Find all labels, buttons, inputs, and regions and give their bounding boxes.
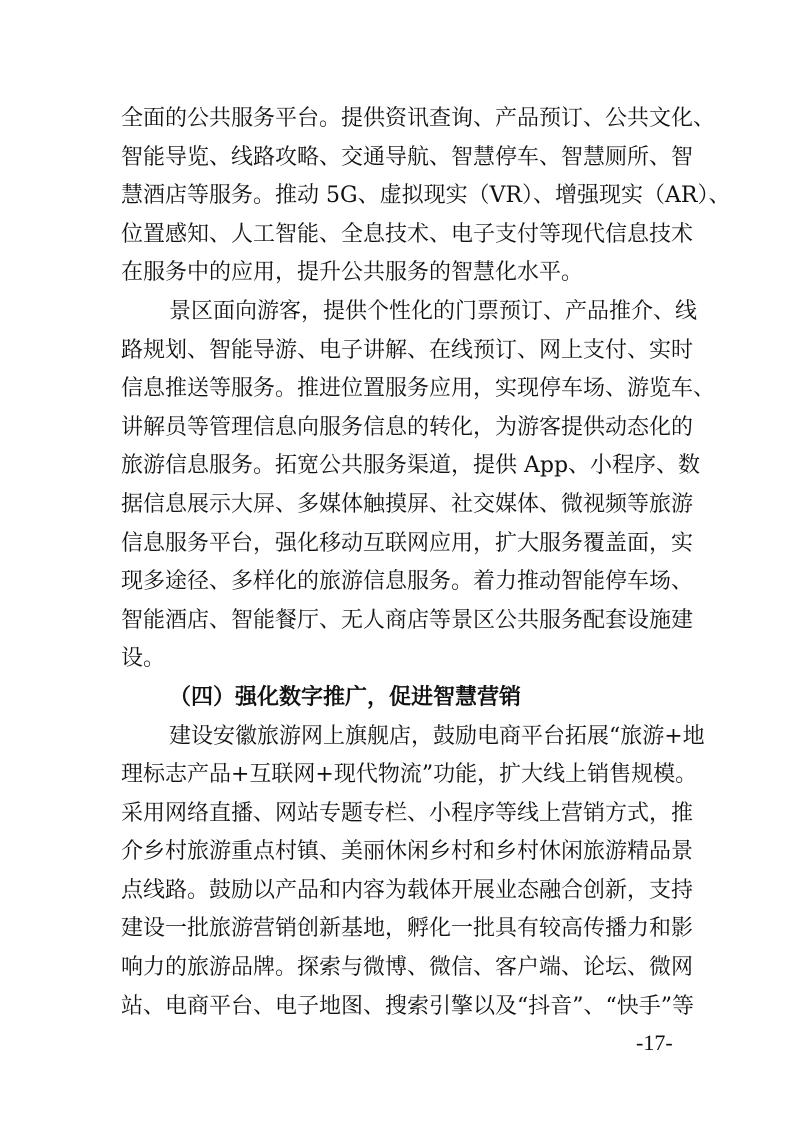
text-line: 点线路。鼓励以产品和内容为载体开展业态融合创新，支持 <box>121 872 673 911</box>
paragraph-digital-marketing: 建设安徽旅游网上旗舰店，鼓励电商平台拓展“旅游+地 理标志产品+互联网+现代物流… <box>121 718 673 1027</box>
section-heading: （四）强化数字推广，促进智慧营销 <box>121 679 673 718</box>
text-line: 理标志产品+互联网+现代物流”功能，扩大线上销售规模。 <box>121 756 673 795</box>
text-line: 响力的旅游品牌。探索与微博、微信、客户端、论坛、微网 <box>121 949 673 988</box>
text-line: 全面的公共服务平台。提供资讯查询、产品预订、公共文化、 <box>121 100 673 139</box>
text-line: 建设安徽旅游网上旗舰店，鼓励电商平台拓展“旅游+地 <box>121 718 673 757</box>
text-line: 景区面向游客，提供个性化的门票预订、产品推介、线 <box>121 293 673 332</box>
text-line: 设。 <box>121 640 673 679</box>
text-line: 据信息展示大屏、多媒体触摸屏、社交媒体、微视频等旅游 <box>121 486 673 525</box>
text-line: 站、电商平台、电子地图、搜索引擎以及“抖音”、“快手”等 <box>121 988 673 1027</box>
page-number: -17- <box>636 1030 673 1056</box>
document-page: 全面的公共服务平台。提供资讯查询、产品预订、公共文化、 智能导览、线路攻略、交通… <box>0 0 793 1122</box>
text-line: 在服务中的应用，提升公共服务的智慧化水平。 <box>121 254 673 293</box>
text-line: 建设一批旅游营销创新基地，孵化一批具有较高传播力和影 <box>121 910 673 949</box>
text-line: 信息服务平台，强化移动互联网应用，扩大服务覆盖面，实 <box>121 525 673 564</box>
text-line: 位置感知、人工智能、全息技术、电子支付等现代信息技术 <box>121 216 673 255</box>
text-line: 智能导览、线路攻略、交通导航、智慧停车、智慧厕所、智 <box>121 139 673 178</box>
paragraph-scenic-area-services: 景区面向游客，提供个性化的门票预订、产品推介、线 路规划、智能导游、电子讲解、在… <box>121 293 673 679</box>
text-line: 讲解员等管理信息向服务信息的转化，为游客提供动态化的 <box>121 409 673 448</box>
text-line: 智能酒店、智能餐厅、无人商店等景区公共服务配套设施建 <box>121 602 673 641</box>
text-line: 旅游信息服务。拓宽公共服务渠道，提供 App、小程序、数 <box>121 447 673 486</box>
text-line: 慧酒店等服务。推动 5G、虚拟现实（VR）、增强现实（AR）、 <box>121 177 673 216</box>
body-text: 全面的公共服务平台。提供资讯查询、产品预订、公共文化、 智能导览、线路攻略、交通… <box>121 100 673 1026</box>
text-line: 采用网络直播、网站专题专栏、小程序等线上营销方式，推 <box>121 795 673 834</box>
text-line: 介乡村旅游重点村镇、美丽休闲乡村和乡村休闲旅游精品景 <box>121 833 673 872</box>
text-line: 信息推送等服务。推进位置服务应用，实现停车场、游览车、 <box>121 370 673 409</box>
paragraph-public-service-platform: 全面的公共服务平台。提供资讯查询、产品预订、公共文化、 智能导览、线路攻略、交通… <box>121 100 673 293</box>
text-line: 现多途径、多样化的旅游信息服务。着力推动智能停车场、 <box>121 563 673 602</box>
text-line: 路规划、智能导游、电子讲解、在线预订、网上支付、实时 <box>121 332 673 371</box>
